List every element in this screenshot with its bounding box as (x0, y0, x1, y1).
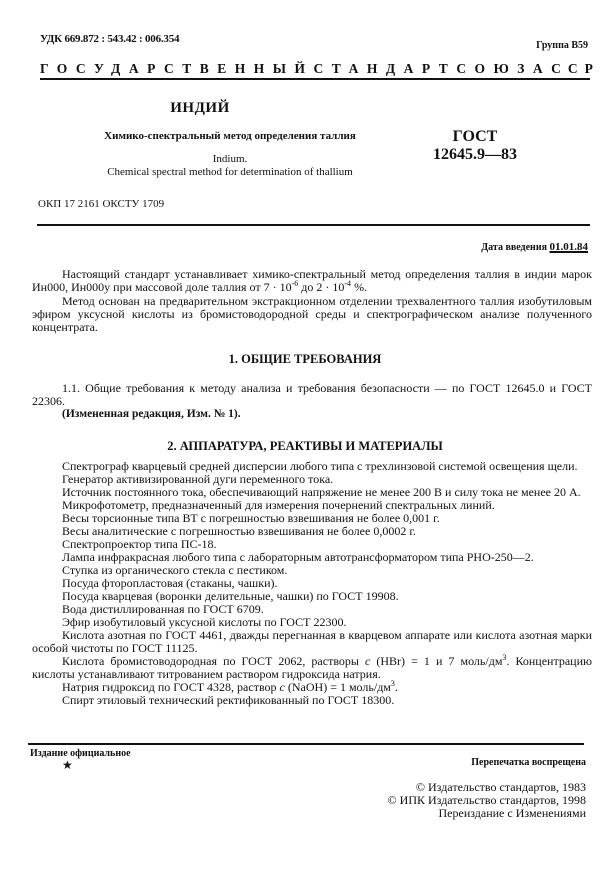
reissue-note: Переиздание с Изменениями (439, 806, 586, 821)
gost-label: ГОСТ (420, 128, 530, 146)
document-subtitle-en: Chemical spectral method for determinati… (60, 166, 400, 178)
equipment-item: Спирт этиловый технический ректификованн… (32, 694, 592, 707)
heading-word-1: ГОСУДАРСТВЕННЫЙ (40, 61, 314, 77)
document-title-ru: ИНДИЙ (0, 100, 400, 117)
udk-code: УДК 669.872 : 543.42 : 006.354 (40, 33, 179, 45)
header-rule (40, 78, 590, 80)
official-edition-label: Издание официальное (30, 748, 131, 759)
intro-paragraph-1: Настоящий стандарт устанавливает химико-… (32, 268, 592, 294)
heading-word-3: СОЮЗА (456, 61, 551, 77)
heading-word-2: СТАНДАРТ (314, 61, 457, 77)
equipment-item: Кислота азотная по ГОСТ 4461, дважды пер… (32, 629, 592, 655)
group-code: Группа В59 (536, 40, 588, 51)
okp-code: ОКП 17 2161 ОКСТУ 1709 (38, 198, 164, 210)
document-subtitle-ru: Химико-спектральный метод определения та… (60, 130, 400, 142)
title-rule (37, 224, 590, 226)
section-1-paragraph: 1.1. Общие требования к методу анализа и… (32, 382, 592, 408)
equipment-list: Спектрограф кварцевый средней дисперсии … (32, 460, 592, 707)
intro-paragraph-2: Метод основан на предварительном экстрак… (32, 295, 592, 334)
amendment-note: (Измененная редакция, Изм. № 1). (62, 408, 241, 420)
section-2-title: 2. АППАРАТУРА, РЕАКТИВЫ И МАТЕРИАЛЫ (0, 439, 610, 454)
heading-word-4: ССР (551, 61, 600, 77)
state-standard-heading: ГОСУДАРСТВЕННЫЙ СТАНДАРТ СОЮЗА ССР (40, 61, 588, 77)
gost-number: 12645.9—83 (420, 146, 530, 164)
equipment-item-hbr: Кислота бромистоводородная по ГОСТ 2062,… (32, 655, 592, 681)
section-1-title: 1. ОБЩИЕ ТРЕБОВАНИЯ (0, 352, 610, 367)
date-value: 01.01.84 (550, 241, 589, 253)
reprint-prohibited-label: Перепечатка воспрещена (471, 757, 586, 768)
date-of-introduction: Дата введения 01.01.84 (481, 241, 588, 253)
footer-rule (28, 743, 584, 745)
document-title-en: Indium. (60, 153, 400, 165)
date-label: Дата введения (481, 242, 547, 253)
star-icon: ★ (62, 758, 73, 773)
